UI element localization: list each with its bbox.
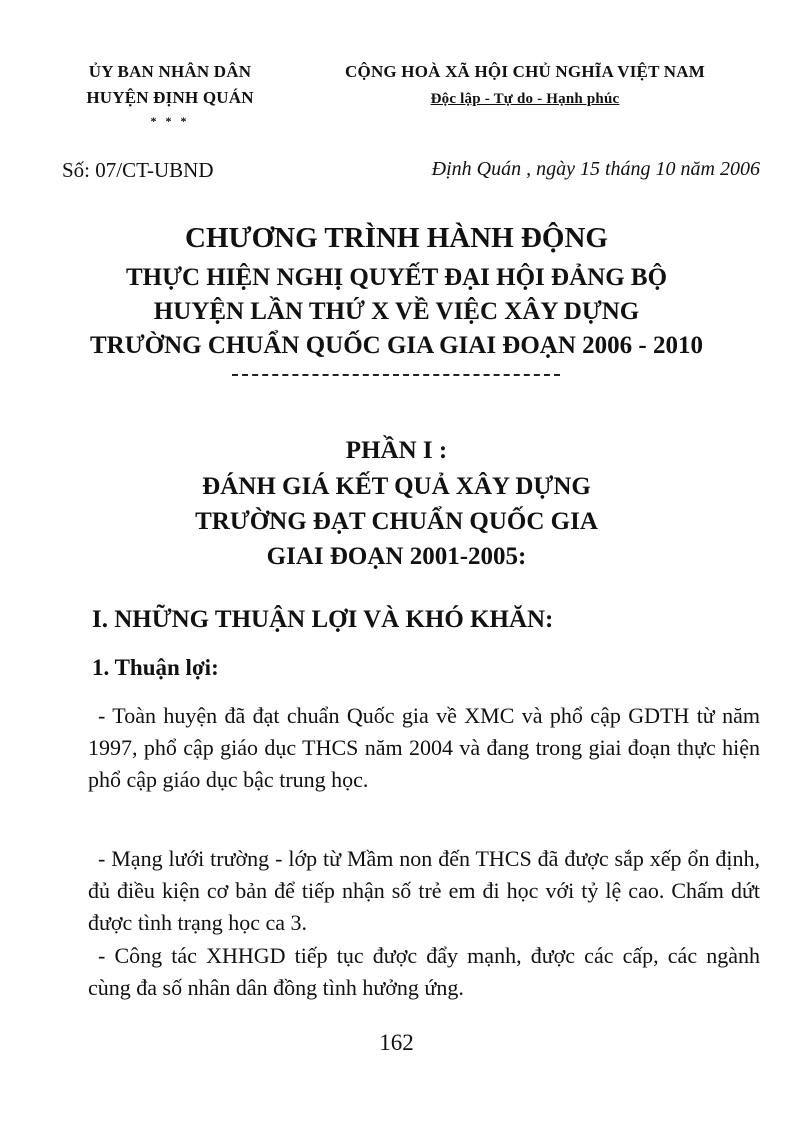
document-subtitle-line3: TRƯỜNG CHUẨN QUỐC GIA GIAI ĐOẠN 2006 - 2… — [40, 332, 753, 360]
place-date: Định Quán , ngày 15 tháng 10 năm 2006 — [330, 158, 760, 181]
national-motto: Độc lập - Tự do - Hạnh phúc — [300, 88, 750, 108]
title-divider — [232, 374, 560, 376]
paragraph: - Toàn huyện đã đạt chuẩn Quốc gia về XM… — [88, 700, 760, 796]
document-title: CHƯƠNG TRÌNH HÀNH ĐỘNG — [40, 222, 753, 255]
document-number: Số: 07/CT-UBND — [62, 158, 214, 183]
part-title-line2: TRƯỜNG ĐẠT CHUẨN QUỐC GIA — [40, 508, 753, 536]
paragraph: - Mạng lưới trường - lớp từ Mầm non đến … — [88, 843, 760, 939]
issuing-authority-line2: HUYỆN ĐỊNH QUÁN — [60, 88, 280, 108]
national-title: CỘNG HOÀ XÃ HỘI CHỦ NGHĨA VIỆT NAM — [300, 62, 750, 82]
page-number: 162 — [0, 1030, 793, 1056]
part-title-line1: ĐÁNH GIÁ KẾT QUẢ XÂY DỰNG — [40, 473, 753, 501]
part-title-line3: GIAI ĐOẠN 2001-2005: — [40, 543, 753, 571]
ornament-stars: * * * — [60, 114, 280, 129]
section-heading: I. NHỮNG THUẬN LỢI VÀ KHÓ KHĂN: — [92, 606, 553, 634]
motto-text: Độc lập - Tự do - Hạnh phúc — [431, 91, 620, 107]
subsection-heading: 1. Thuận lợi: — [92, 655, 219, 681]
paragraph: - Công tác XHHGD tiếp tục được đẩy mạnh,… — [88, 940, 760, 1004]
document-subtitle-line1: THỰC HIỆN NGHỊ QUYẾT ĐẠI HỘI ĐẢNG BỘ — [40, 264, 753, 292]
document-subtitle-line2: HUYỆN LẦN THỨ X VỀ VIỆC XÂY DỰNG — [40, 298, 753, 326]
part-heading: PHẦN I : — [40, 437, 753, 465]
issuing-authority-line1: ỦY BAN NHÂN DÂN — [60, 62, 280, 82]
